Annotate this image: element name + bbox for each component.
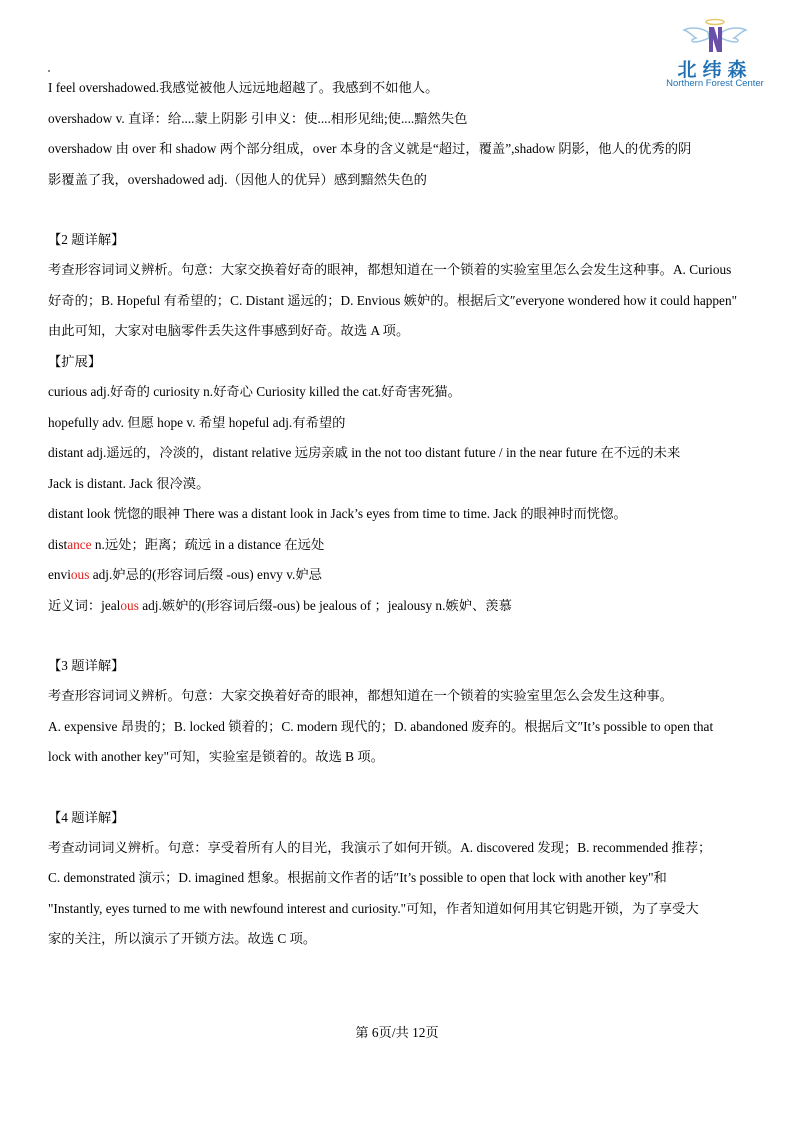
highlighted-suffix: ous [120, 598, 138, 613]
q4-line: C. demonstrated 演示；D. imagined 想象。根据前文作者… [48, 868, 748, 899]
q3-heading: 【3 题详解】 [48, 656, 748, 686]
word-stem: dist [48, 537, 67, 552]
envious-line: envious adj.妒忌的(形容词后缀 -ous) envy v.妒忌 [48, 565, 748, 596]
intro-line: overshadow v. 直译：给....蒙上阴影 引申义：使....相形见绌… [48, 109, 748, 140]
q4-line: 考查动词词义辨析。句意：享受着所有人的目光，我演示了如何开锁。A. discov… [48, 838, 748, 869]
distance-line: distance n.远处；距离；疏远 in a distance 在远处 [48, 535, 748, 566]
intro-line: overshadow 由 over 和 shadow 两个部分组成，over 本… [48, 139, 748, 170]
intro-line: I feel overshadowed.我感觉被他人远远地超越了。我感到不如他人… [48, 78, 748, 109]
q3-line: lock with another key"可知，实验室是锁着的。故选 B 项。 [48, 747, 748, 778]
q2-line: 考查形容词词义辨析。句意：大家交换着好奇的眼神，都想知道在一个锁着的实验室里怎么… [48, 260, 748, 291]
intro-line: 影覆盖了我，overshadowed adj.（因他人的优异）感到黯然失色的 [48, 170, 748, 201]
definition: adj.嫉妒的(形容词后缀-ous) be jealous of ；jealou… [139, 598, 512, 613]
highlighted-suffix: ance [67, 537, 91, 552]
q2-heading: 【2 题详解】 [48, 230, 748, 260]
jealous-line: 近义词：jealous adj.嫉妒的(形容词后缀-ous) be jealou… [48, 596, 748, 627]
stray-dot [48, 70, 50, 72]
q3-line: A. expensive 昂贵的；B. locked 锁着的；C. modern… [48, 717, 748, 748]
q4-heading: 【4 题详解】 [48, 808, 748, 838]
word-stem: envi [48, 567, 71, 582]
expand-line: curious adj.好奇的 curiosity n.好奇心 Curiosit… [48, 382, 748, 413]
expand-heading: 【扩展】 [48, 352, 748, 383]
q2-line: 由此可知，大家对电脑零件丢失这件事感到好奇。故选 A 项。 [48, 321, 748, 352]
expand-line: hopefully adv. 但愿 hope v. 希望 hopeful adj… [48, 413, 748, 444]
winged-n-logo-icon [682, 18, 748, 54]
expand-line: Jack is distant. Jack 很冷漠。 [48, 474, 748, 505]
q4-line: "Instantly, eyes turned to me with newfo… [48, 899, 748, 930]
document-body: I feel overshadowed.我感觉被他人远远地超越了。我感到不如他人… [48, 78, 748, 960]
q2-line: 好奇的；B. Hopeful 有希望的；C. Distant 遥远的；D. En… [48, 291, 748, 322]
highlighted-suffix: ous [71, 567, 89, 582]
q4-line: 家的关注，所以演示了开锁方法。故选 C 项。 [48, 929, 748, 960]
expand-line: distant look 恍惚的眼神 There was a distant l… [48, 504, 748, 535]
word-stem: 近义词：jeal [48, 598, 120, 613]
q3-line: 考查形容词词义辨析。句意：大家交换着好奇的眼神，都想知道在一个锁着的实验室里怎么… [48, 686, 748, 717]
definition: n.远处；距离；疏远 in a distance 在远处 [92, 537, 325, 552]
definition: adj.妒忌的(形容词后缀 -ous) envy v.妒忌 [89, 567, 322, 582]
expand-line: distant adj.遥远的，冷淡的，distant relative 远房亲… [48, 443, 748, 474]
page-number: 第 6页/共 12页 [0, 1022, 794, 1041]
